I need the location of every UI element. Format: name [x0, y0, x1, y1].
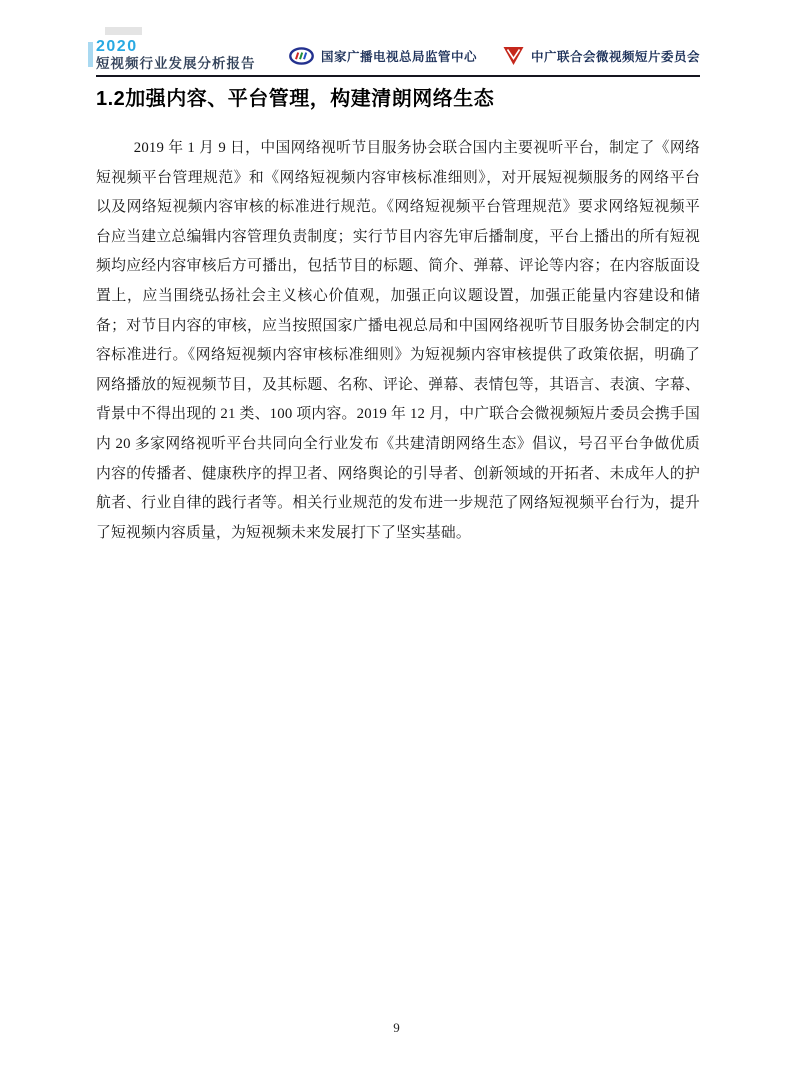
brand-title: 短视频行业发展分析报告 — [96, 57, 256, 71]
report-page: 2020 短视频行业发展分析报告 国家广播电视总局监管中心 — [0, 0, 793, 1077]
org-nrta: 国家广播电视总局监管中心 — [289, 47, 477, 65]
page-footer: 9 — [0, 1019, 793, 1037]
brand-year: 2020 — [96, 39, 256, 55]
org-name: 中广联合会微视频短片委员会 — [531, 47, 700, 65]
body-paragraph: 2019 年 1 月 9 日，中国网络视听节目服务协会联合国内主要视听平台，制定… — [96, 134, 700, 548]
brand-blue-bar-decoration — [88, 42, 93, 67]
brand-gray-bar-decoration — [105, 27, 142, 35]
header-divider — [96, 75, 700, 77]
red-triangle-logo-icon — [503, 46, 524, 66]
oval-broadcast-logo-icon — [289, 47, 314, 65]
page-header: 2020 短视频行业发展分析报告 国家广播电视总局监管中心 — [96, 28, 700, 72]
document-content: 1.2加强内容、平台管理，构建清朗网络生态 2019 年 1 月 9 日，中国网… — [96, 87, 700, 548]
org-committee: 中广联合会微视频短片委员会 — [503, 46, 700, 66]
org-name: 国家广播电视总局监管中心 — [321, 47, 477, 65]
report-brand: 2020 短视频行业发展分析报告 — [96, 25, 256, 73]
section-heading: 1.2加强内容、平台管理，构建清朗网络生态 — [96, 87, 700, 111]
page-number: 9 — [393, 1020, 400, 1035]
header-organizations: 国家广播电视总局监管中心 中广联合会微视频短片委员会 — [289, 46, 700, 72]
